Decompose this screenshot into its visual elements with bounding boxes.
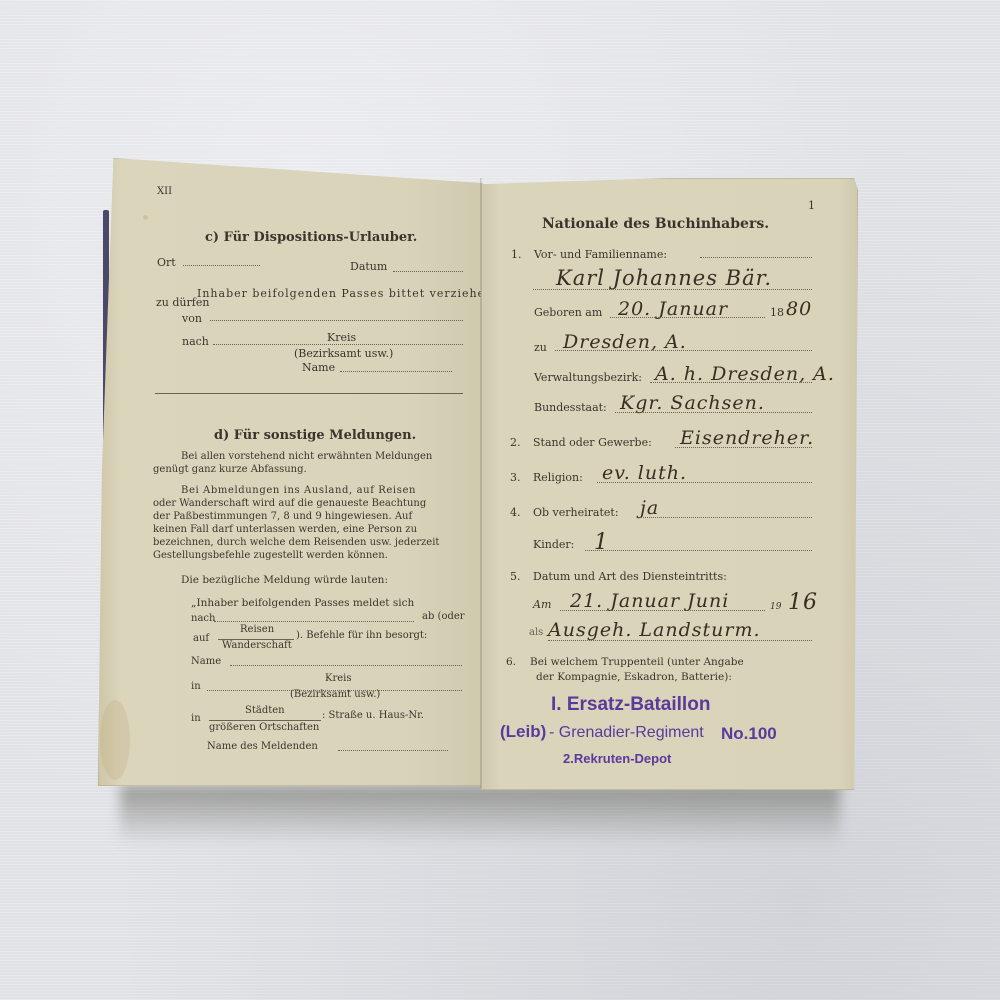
ab-oder-text: ab (oder (422, 612, 465, 622)
field-3-line (597, 482, 812, 483)
als-line (548, 640, 812, 641)
bundesstaat-handwriting: Kgr. Sachsen. (620, 392, 765, 414)
born-label: Geboren am (534, 307, 602, 318)
staedten-text: Städten (245, 706, 285, 716)
foxing-spot (143, 215, 148, 220)
field-3-label: Religion: (533, 472, 583, 483)
von-label: von (182, 313, 202, 324)
field-1-label: Vor- und Familienname: (534, 249, 667, 260)
field-4-label: Ob verheiratet: (533, 507, 619, 518)
bundesstaat-line (615, 412, 812, 413)
name-handwriting: Karl Johannes Bär. (556, 266, 772, 290)
am-label: Am (533, 599, 551, 610)
stand-handwriting: Eisendreher. (680, 427, 814, 449)
section-c-heading: c) Für Dispositions-Urlauber. (205, 231, 417, 244)
auf-label: auf (193, 634, 209, 644)
kinder-label: Kinder: (533, 539, 574, 550)
name-label: Name (302, 362, 335, 373)
para2-line2: oder Wanderschaft wird auf die genaueste… (153, 499, 426, 509)
am-handwriting: 21. Januar Juni (570, 590, 729, 612)
para1-line2: genügt ganz kurze Abfassung. (153, 465, 307, 475)
meldung-kreis-label: Kreis (325, 674, 352, 684)
religion-handwriting: ev. luth. (602, 462, 687, 484)
ort-line (183, 265, 260, 266)
para1-line1: Bei allen vorstehend nicht erwähnten Mel… (181, 452, 432, 462)
am-year-prefix: 19 (770, 603, 781, 612)
field-1-line-b (533, 289, 812, 290)
von-line (210, 320, 463, 321)
kinder-handwriting: 1 (594, 530, 609, 555)
meldung-nach-label: nach (191, 614, 215, 624)
stamp-line-2-number: No.100 (721, 724, 777, 744)
fraction-line-2 (209, 720, 321, 721)
zu-line (555, 350, 812, 351)
stamp-line-1: I. Ersatz-Bataillon (551, 694, 710, 716)
verwaltung-line (650, 382, 812, 383)
para2-line3: der Paßbestimmungen 7, 8 und 9 hingewies… (153, 512, 412, 522)
field-2-label: Stand oder Gewerbe: (533, 437, 652, 448)
field-1-line-a (700, 257, 812, 258)
request-text-cont: zu dürfen (156, 297, 209, 308)
am-year-handwriting: 16 (788, 590, 818, 615)
born-year-prefix: 18 (770, 307, 784, 318)
field-2-line (675, 447, 812, 448)
born-year-handwriting: 80 (786, 298, 812, 320)
right-page-number: 1 (808, 200, 815, 211)
field-6-label-line2: der Kompagnie, Eskadron, Batterie): (536, 672, 732, 683)
datum-line (393, 271, 463, 272)
para2-line1: Bei Abmeldungen ins Ausland, auf Reisen (181, 486, 416, 496)
field-5-number: 5. (510, 571, 521, 582)
field-2-number: 2. (510, 437, 521, 448)
meldung-name-line (230, 665, 462, 666)
ort-label: Ort (157, 257, 176, 268)
meldung-in2-label: in (191, 714, 201, 724)
bundesstaat-label: Bundesstaat: (534, 402, 607, 413)
meldung-nach-line (214, 621, 414, 622)
right-page-heading: Nationale des Buchinhabers. (542, 217, 769, 231)
reisen-text: Reisen (240, 625, 274, 635)
ortschaften-text: größeren Ortschaften (209, 723, 319, 733)
left-page-number: XII (157, 187, 172, 197)
kreis-label: Kreis (327, 332, 356, 343)
name-line (340, 371, 452, 372)
foxing-stain (100, 700, 130, 780)
nach-label: nach (182, 336, 209, 347)
para2-line6: Gestellungsbefehle zugestellt werden kön… (153, 551, 388, 561)
born-line (610, 317, 765, 318)
married-handwriting: ja (640, 497, 659, 519)
para2-line5: bezeichnen, durch welche dem Reisenden u… (153, 538, 439, 548)
section-d-heading: d) Für sonstige Meldungen. (214, 429, 416, 442)
datum-label: Datum (350, 261, 387, 272)
field-6-number: 6. (506, 657, 516, 668)
strasse-label: : Straße u. Haus-Nr. (322, 711, 424, 721)
stamp-line-2-prefix: (Leib) (500, 722, 546, 742)
befehle-text: ). Befehle für ihn besorgt: (296, 631, 427, 641)
field-5-label: Datum und Art des Diensteintritts: (533, 571, 727, 582)
meldender-line (338, 750, 448, 751)
stamp-line-3: 2.Rekruten-Depot (563, 751, 671, 766)
als-handwriting: Ausgeh. Landsturm. (548, 619, 761, 641)
meldung-line1: „Inhaber beifolgenden Passes meldet sich (191, 598, 414, 609)
verwaltung-label: Verwaltungsbezirk: (534, 372, 642, 383)
am-line (560, 610, 765, 611)
para2-line4: keinen Fall darf unterlassen werden, ein… (153, 525, 417, 535)
als-label: als (529, 628, 543, 638)
meldung-name-label: Name (191, 657, 221, 667)
field-4-line (640, 517, 812, 518)
field-6-label-line1: Bei welchem Truppenteil (unter Angabe (530, 657, 744, 668)
kinder-line (585, 550, 812, 551)
field-1-number: 1. (511, 249, 522, 260)
section-divider (155, 393, 463, 394)
zu-label: zu (534, 342, 547, 353)
field-3-number: 3. (510, 472, 521, 483)
meldung-intro: Die bezügliche Meldung würde lauten: (181, 575, 388, 586)
book-gutter (480, 178, 483, 788)
bezirksamt-label: (Bezirksamt usw.) (294, 348, 393, 359)
field-4-number: 4. (510, 507, 521, 518)
wanderschaft-text: Wanderschaft (222, 641, 292, 651)
stamp-line-2-main: - Grenadier-Regiment (549, 724, 704, 742)
request-text: Inhaber beifolgenden Passes bittet verzi… (197, 288, 493, 299)
meldender-label: Name des Meldenden (207, 742, 318, 752)
meldung-bezirksamt-label: (Bezirksamt usw.) (290, 690, 380, 700)
meldung-in-label: in (191, 682, 201, 692)
nach-line (213, 344, 463, 345)
book-shadow (120, 785, 840, 845)
